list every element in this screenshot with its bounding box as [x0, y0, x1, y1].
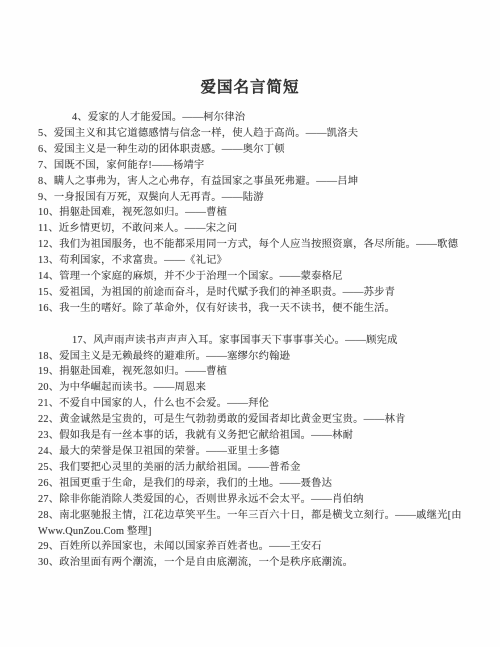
quote-line: 12、我们为祖国服务，也不能都采用同一方式，每个人应当按照资禀，各尽所能。——歌…	[38, 237, 470, 269]
quote-line: 6、爱国主义是一种生动的团体职责感。——奥尔丁顿	[38, 142, 470, 158]
quote-line: 23、假如我是有一丝本事的话，我就有义务把它献给祖国。——林耐	[38, 428, 470, 444]
quote-line: 8、瞒人之事弗为，害人之心弗存，有益国家之事虽死弗避。——吕坤	[38, 174, 470, 190]
quote-line: 14、管理一个家庭的麻烦，并不少于治理一个国家。——蒙泰格尼	[38, 269, 470, 285]
quote-line: 28、南北驱驰报主情，江花边草笑平生。一年三百六十日，都是横戈立刻行。——戚继光…	[38, 508, 470, 540]
quote-line: 27、除非你能消除人类爱国的心，否则世界永远不会太平。——肖伯纳	[38, 492, 470, 508]
quote-line: 11、近乡情更切，不敢问来人。——宋之问	[38, 221, 470, 237]
quote-line: 20、为中华崛起而读书。——周恩来	[38, 380, 470, 396]
quote-line: 26、祖国更重于生命，是我们的母亲，我们的土地。——聂鲁达	[38, 476, 470, 492]
quote-line: 21、不爱自中国家的人，什么也不会爱。——拜伦	[38, 396, 470, 412]
document-content: 爱国名言简短 4、爱家的人才能爱国。——柯尔律治5、爱国主义和其它道德感情与信念…	[0, 0, 500, 571]
quote-line: 5、爱国主义和其它道德感情与信念一样，使人趋于高尚。——凯洛夫	[38, 126, 470, 142]
quote-line: 7、国既不国，家何能存!——杨靖宇	[38, 158, 470, 174]
quote-line: 9、一身报国有万死，双鬓向人无再青。——陆游	[38, 190, 470, 206]
quote-line: 10、捐躯赴国难，视死忽如归。——曹植	[38, 205, 470, 221]
quote-line: 17、风声雨声读书声声声入耳。家事国事天下事事事关心。——顾宪成	[38, 333, 470, 349]
quote-line: 18、爱国主义是无赖最终的避难所。——塞缪尔约翰逊	[38, 349, 470, 365]
quote-list: 4、爱家的人才能爱国。——柯尔律治5、爱国主义和其它道德感情与信念一样，使人趋于…	[38, 110, 470, 571]
document-page: 爱国名言简短 4、爱家的人才能爱国。——柯尔律治5、爱国主义和其它道德感情与信念…	[0, 0, 500, 647]
quote-line: 29、百姓所以养国家也，未闻以国家养百姓者也。——王安石	[38, 539, 470, 555]
quote-line: 22、黄金诚然是宝贵的，可是生气勃勃勇敢的爱国者却比黄金更宝贵。——林肯	[38, 412, 470, 428]
page-title: 爱国名言简短	[38, 78, 462, 97]
quote-line: 4、爱家的人才能爱国。——柯尔律治	[38, 110, 470, 126]
quote-line: 19、捐躯赴国难，视死忽如归。——曹植	[38, 364, 470, 380]
quote-line: 30、政治里面有两个潮流，一个是自由底潮流，一个是秩序底潮流。	[38, 555, 470, 571]
quote-line: 25、我们要把心灵里的美丽的活力献给祖国。——普希金	[38, 460, 470, 476]
quote-line: 16、我一生的嗜好。除了革命外，仅有好读书，我一天不读书，便不能生活。	[38, 301, 470, 317]
quote-line: 24、最大的荣誉是保卫祖国的荣誉。——亚里士多德	[38, 444, 470, 460]
quote-line: 15、爱祖国，为祖国的前途而奋斗，是时代赋予我们的神圣职责。——苏步青	[38, 285, 470, 301]
